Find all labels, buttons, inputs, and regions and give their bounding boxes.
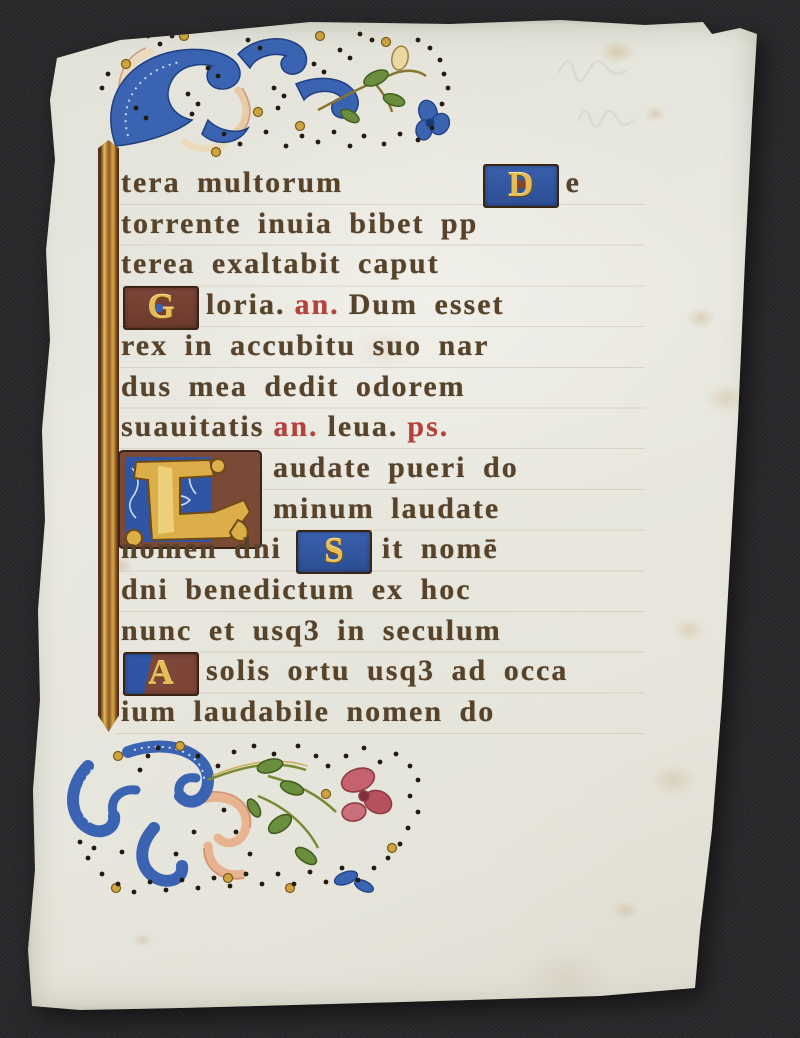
ink-dot: [440, 102, 445, 107]
ink-dot: [192, 830, 197, 835]
blue-flower: [415, 98, 453, 141]
gold-dot: [296, 122, 305, 131]
ink-dot: [244, 872, 249, 877]
text-run: Dum esset: [349, 286, 505, 324]
ink-dot: [222, 132, 227, 137]
ink-dot: [238, 142, 243, 147]
ink-dot: [372, 866, 377, 871]
text-line: dus mea dedit odorem: [121, 368, 641, 409]
ink-dot: [156, 746, 161, 751]
illuminated-initial-D: D: [483, 164, 559, 208]
ink-dot: [186, 92, 191, 97]
text-line: tera multorumDe: [121, 164, 581, 205]
ink-dot: [92, 846, 97, 851]
ink-dot: [276, 106, 281, 111]
faint-pencil-inscription: [545, 36, 705, 146]
ink-dot: [148, 880, 153, 885]
ink-dot: [138, 768, 143, 773]
ink-dot: [164, 888, 169, 893]
ink-dot: [338, 48, 343, 53]
ink-dot: [398, 132, 403, 137]
ink-dot: [174, 852, 179, 857]
ink-dot: [312, 62, 317, 67]
ink-dot: [332, 130, 337, 135]
ink-dot: [234, 830, 239, 835]
ink-dot: [272, 86, 277, 91]
ink-dot: [446, 86, 451, 91]
ink-dot: [232, 750, 237, 755]
ink-dot: [196, 886, 201, 891]
ink-dot: [196, 102, 201, 107]
ink-dot: [190, 112, 195, 117]
text-line: minum laudate: [273, 490, 793, 531]
text-run: rex in accubitu suo nar: [121, 327, 489, 365]
text-run: solis ortu usq3 ad occa: [206, 652, 568, 690]
ink-dot: [216, 74, 221, 79]
photo-background: tera multorumDetorrente inuia bibet ppte…: [0, 0, 800, 1038]
gold-dot: [180, 32, 189, 41]
yellow-bud: [390, 45, 411, 72]
ink-dot: [272, 752, 277, 757]
ink-dot: [314, 754, 319, 759]
gold-baguette-border-bar: [98, 140, 119, 732]
ink-dot: [276, 872, 281, 877]
gold-dot: [122, 60, 131, 69]
ink-dot: [170, 34, 175, 39]
gold-dot: [382, 38, 391, 47]
ink-dot: [362, 746, 367, 751]
ink-dot: [356, 878, 361, 883]
ink-dot: [358, 32, 363, 37]
ink-dot: [78, 840, 83, 845]
ink-dot: [120, 850, 125, 855]
text-line: suauitatisan.leua.ps.: [121, 408, 641, 449]
ink-dot: [134, 106, 139, 111]
gold-dot: [212, 148, 221, 157]
text-run: terea exaltabit caput: [121, 245, 440, 283]
ink-dot: [292, 882, 297, 887]
gold-dot: [176, 742, 185, 751]
ink-dot: [282, 94, 287, 99]
ink-dot: [180, 878, 185, 883]
gold-dot: [114, 752, 123, 761]
text-run: loria.: [206, 286, 286, 324]
bottom-acanthus-border: [58, 736, 458, 918]
text-run: it nomē: [382, 530, 499, 568]
leaf-wrapper: tera multorumDetorrente inuia bibet ppte…: [0, 0, 800, 1038]
ink-dot: [146, 34, 151, 39]
text-run: dni benedictum ex hoc: [121, 571, 472, 609]
text-run: torrente inuia bibet pp: [121, 205, 478, 243]
ink-dot: [86, 856, 91, 861]
ink-dot: [344, 754, 349, 759]
ink-dot: [324, 880, 329, 885]
text-run: suauitatis: [121, 408, 264, 446]
ink-dot: [408, 794, 413, 799]
blue-leaf: [333, 868, 376, 895]
ink-dot: [348, 144, 353, 149]
ink-dot: [296, 744, 301, 749]
illuminated-initial-S: S: [296, 530, 372, 574]
ink-dot: [408, 764, 413, 769]
ink-dot: [100, 86, 105, 91]
ink-dot: [416, 778, 421, 783]
ink-dot: [300, 134, 305, 139]
ink-dot: [442, 72, 447, 77]
ink-dot: [206, 66, 211, 71]
ink-dot: [322, 70, 327, 75]
ink-dot: [378, 760, 383, 765]
rubric-run: an.: [273, 408, 318, 446]
manuscript-leaf: tera multorumDetorrente inuia bibet ppte…: [25, 18, 760, 1013]
ink-dot: [216, 764, 221, 769]
ink-dot: [386, 856, 391, 861]
ink-dot: [428, 46, 433, 51]
ink-dot: [382, 142, 387, 147]
ink-dot: [106, 72, 111, 77]
ink-dot: [100, 872, 105, 877]
ink-dot: [416, 810, 421, 815]
ink-dot: [438, 58, 443, 63]
ink-dot: [406, 826, 411, 831]
text-run: audate pueri do: [273, 449, 519, 487]
ink-dot: [144, 116, 149, 121]
ink-dot: [212, 876, 217, 881]
top-acanthus-border: [88, 24, 460, 176]
ink-dot: [398, 842, 403, 847]
ink-dot: [228, 884, 233, 889]
ink-dot: [252, 744, 257, 749]
ink-dot: [248, 852, 253, 857]
gold-dot: [224, 874, 233, 883]
text-line: nunc et usq3 in seculum: [121, 612, 641, 653]
text-run: nomen dni: [121, 530, 282, 568]
text-line: terea exaltabit caput: [121, 245, 641, 286]
ink-dot: [370, 38, 375, 43]
ink-dot: [222, 808, 227, 813]
ink-dot: [158, 42, 163, 47]
text-block: tera multorumDetorrente inuia bibet ppte…: [121, 164, 651, 764]
gold-dot: [316, 32, 325, 41]
text-line: Gloria.an.Dum esset: [121, 286, 641, 327]
text-line: rex in accubitu suo nar: [121, 327, 641, 368]
ink-dot: [132, 890, 137, 895]
ink-dot: [196, 754, 201, 759]
text-line: dni benedictum ex hoc: [121, 571, 641, 612]
ink-dot: [416, 38, 421, 43]
text-line: Asolis ortu usq3 ad occa: [121, 652, 641, 693]
ink-dot: [308, 870, 313, 875]
ink-dot: [260, 882, 265, 887]
rubric-run: ps.: [407, 408, 449, 446]
ink-dot: [340, 866, 345, 871]
text-run: nunc et usq3 in seculum: [121, 612, 502, 650]
ink-dot: [284, 144, 289, 149]
gold-dot: [254, 108, 263, 117]
pink-flower: [338, 764, 395, 823]
text-run: e: [566, 164, 581, 202]
illuminated-initial-G: G: [123, 286, 199, 330]
ink-dot: [146, 754, 151, 759]
gold-dot: [388, 844, 397, 853]
rubric-run: an.: [295, 286, 340, 324]
text-line: ium laudabile nomen do: [121, 693, 641, 734]
text-run: dus mea dedit odorem: [121, 368, 466, 406]
ink-dot: [264, 130, 269, 135]
ink-dot: [362, 134, 367, 139]
gold-dot: [322, 790, 331, 799]
ink-dot: [116, 882, 121, 887]
ink-dot: [348, 56, 353, 61]
ink-dot: [258, 46, 263, 51]
ink-dot: [430, 126, 435, 131]
ink-dot: [394, 752, 399, 757]
text-run: leua.: [328, 408, 399, 446]
text-line: torrente inuia bibet pp: [121, 205, 641, 246]
ink-dot: [416, 138, 421, 143]
text-run: tera multorum: [121, 164, 343, 202]
text-run: ium laudabile nomen do: [121, 693, 495, 731]
text-line: audate pueri do: [273, 449, 793, 490]
text-line: nomen dniSit nomē: [121, 530, 641, 571]
ink-dot: [246, 38, 251, 43]
illuminated-initial-A: A: [123, 652, 199, 696]
ink-dot: [316, 140, 321, 145]
text-run: minum laudate: [273, 490, 500, 528]
ink-dot: [326, 764, 331, 769]
